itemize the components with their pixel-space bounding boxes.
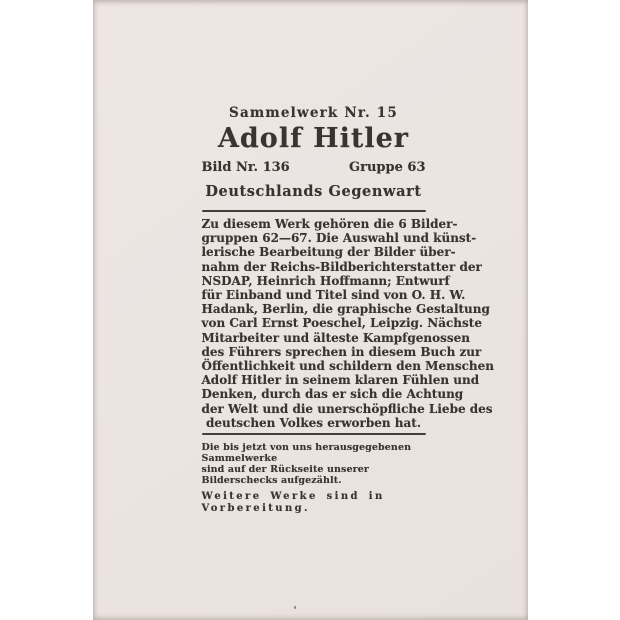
body-line: Öffentlichkeit und schildern den Mensche…	[202, 359, 426, 373]
body-line: gruppen 62—67. Die Auswahl und künst-	[202, 231, 426, 245]
card-title: Adolf Hitler	[202, 124, 426, 154]
body-line: der Welt und die unerschöpfliche Liebe d…	[202, 402, 426, 416]
body-line: von Carl Ernst Poeschel, Leipzig. Nächst…	[202, 316, 426, 330]
body-line: Denken, durch das er sich die Achtung	[202, 387, 426, 401]
body-line: nahm der Reichs-Bildberichterstatter der	[202, 260, 426, 274]
footer-block: Die bis jetzt von uns herausgegebenen Sa…	[202, 442, 426, 486]
footer-note: Weitere Werke sind in Vorbereitung.	[202, 491, 426, 515]
body-line: für Einband und Titel sind von O. H. W.	[202, 288, 426, 302]
number-row: Bild Nr. 136 Gruppe 63	[202, 160, 426, 175]
body-line: lerische Bearbeitung der Bilder über-	[202, 245, 426, 259]
dust-speck	[294, 606, 296, 609]
divider-bottom	[202, 433, 426, 435]
card-content: Sammelwerk Nr. 15 Adolf Hitler Bild Nr. …	[202, 106, 426, 515]
collector-card-back: Sammelwerk Nr. 15 Adolf Hitler Bild Nr. …	[93, 0, 528, 620]
body-line: Hadank, Berlin, die graphische Gestaltun…	[202, 302, 426, 316]
divider-top	[202, 210, 426, 212]
body-line: Mitarbeiter und älteste Kampfgenossen	[202, 331, 426, 345]
body-line: NSDAP, Heinrich Hoffmann; Entwurf	[202, 274, 426, 288]
section-title: Deutschlands Gegenwart	[202, 184, 426, 200]
footer-line-1: Die bis jetzt von uns herausgegebenen Sa…	[202, 442, 426, 464]
group-number: Gruppe 63	[349, 160, 425, 175]
body-line: Adolf Hitler in seinem klaren Fühlen und	[202, 373, 426, 387]
body-line: des Führers sprechen in diesem Buch zur	[202, 345, 426, 359]
body-line: Zu diesem Werk gehören die 6 Bilder-	[202, 217, 426, 231]
body-paragraph: Zu diesem Werk gehören die 6 Bilder- gru…	[202, 217, 426, 430]
body-line-last: deutschen Volkes erworben hat.	[202, 416, 426, 430]
series-line: Sammelwerk Nr. 15	[202, 106, 426, 120]
footer-line-2: sind auf der Rückseite unserer Bildersch…	[202, 464, 426, 486]
image-number: Bild Nr. 136	[202, 160, 290, 175]
scan-page: Sammelwerk Nr. 15 Adolf Hitler Bild Nr. …	[0, 0, 620, 620]
